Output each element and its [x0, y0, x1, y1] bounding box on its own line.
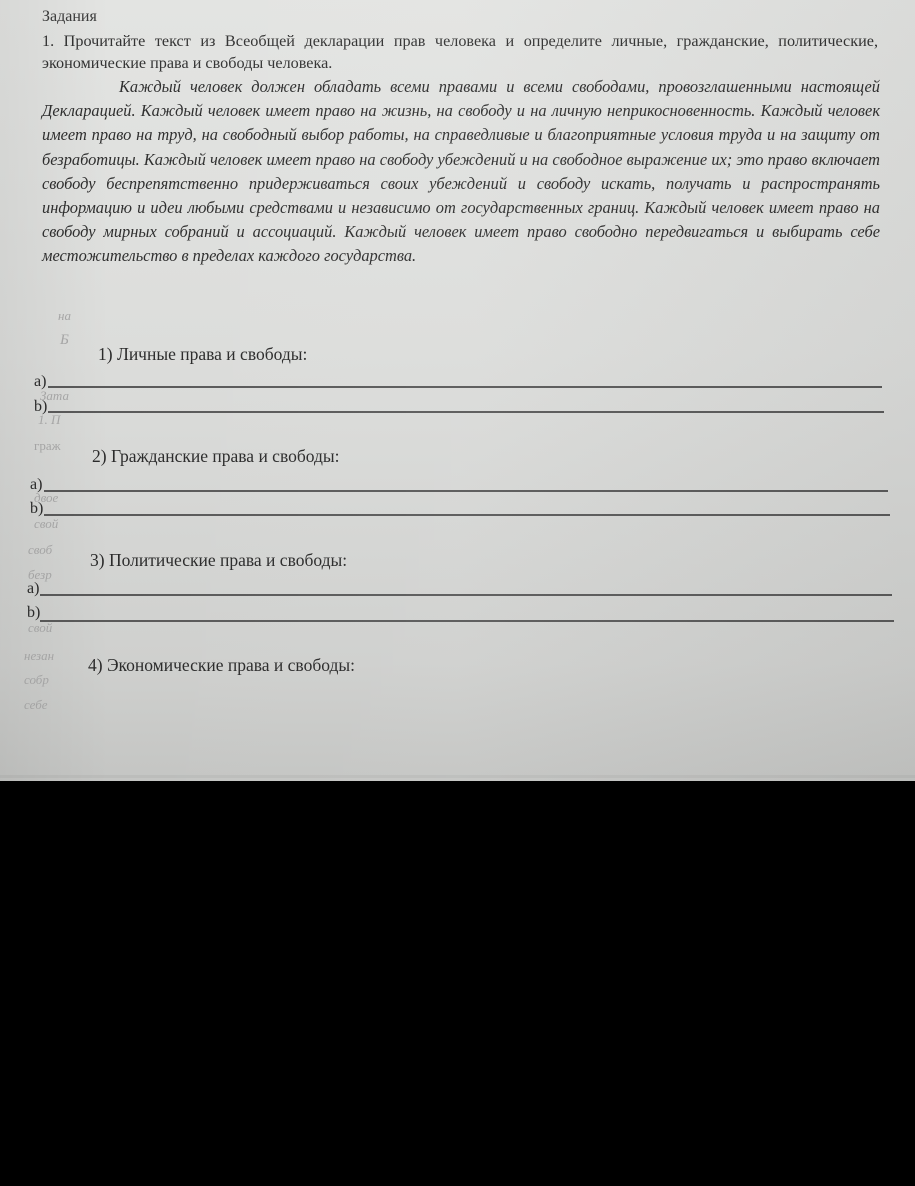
- section-title-civil-rights: 2) Гражданские права и свободы:: [92, 446, 340, 467]
- margin-bleed-text: Б: [60, 332, 69, 349]
- answer-line-civil-a[interactable]: [44, 490, 888, 492]
- margin-bleed-text: граж: [34, 438, 61, 454]
- margin-bleed-text: собр: [24, 672, 49, 688]
- answer-line-political-b[interactable]: [40, 620, 894, 622]
- answer-label: b): [34, 398, 47, 416]
- section-title-political-rights: 3) Политические права и свободы:: [90, 550, 347, 571]
- answer-line-personal-a[interactable]: [48, 386, 882, 388]
- document-photo: Задания 1. Прочитайте текст из Всеобщей …: [0, 0, 915, 781]
- answer-line-personal-b[interactable]: [48, 411, 884, 413]
- page-heading: Задания: [42, 8, 97, 26]
- photo-bottom-edge: [0, 775, 915, 778]
- task-instruction: 1. Прочитайте текст из Всеобщей декларац…: [42, 30, 878, 74]
- margin-bleed-text: незан: [24, 648, 54, 664]
- answer-line-civil-b[interactable]: [44, 514, 890, 516]
- answer-label: a): [27, 580, 39, 598]
- declaration-quote: Каждый человек должен обладать всеми пра…: [42, 75, 880, 269]
- section-title-economic-rights: 4) Экономические права и свободы:: [88, 655, 355, 676]
- quote-text: Каждый человек должен обладать всеми пра…: [42, 75, 880, 269]
- margin-bleed-text: своб: [28, 542, 52, 558]
- margin-bleed-text: себе: [24, 697, 48, 713]
- section-title-personal-rights: 1) Личные права и свободы:: [98, 344, 307, 365]
- margin-bleed-text: на: [58, 308, 71, 324]
- margin-bleed-text: свой: [28, 620, 52, 636]
- answer-label: a): [30, 476, 42, 494]
- answer-label: b): [30, 500, 43, 518]
- margin-bleed-text: свой: [34, 516, 58, 532]
- answer-line-political-a[interactable]: [40, 594, 892, 596]
- answer-label: a): [34, 373, 46, 391]
- answer-label: b): [27, 604, 40, 622]
